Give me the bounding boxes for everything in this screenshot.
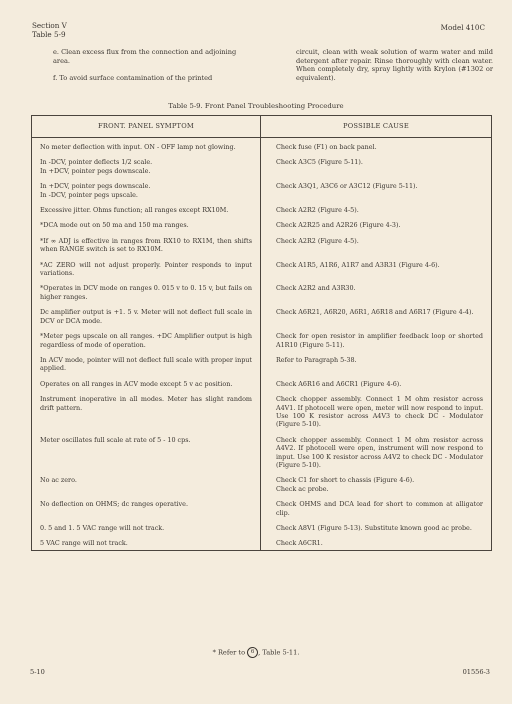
column-header-symptom: FRONT. PANEL SYMPTOM bbox=[32, 116, 261, 138]
symptom-cell: No deflection on OHMS; dc ranges operati… bbox=[32, 495, 261, 519]
cause-cell-text: Check A6R16 and A6CR1 (Figure 4-6). bbox=[276, 380, 483, 388]
table-title: Table 5-9. Front Panel Troubleshooting P… bbox=[0, 102, 512, 110]
table-row: No deflection on OHMS; dc ranges operati… bbox=[32, 495, 492, 519]
model-label: Model 410C bbox=[441, 23, 485, 32]
cause-cell: Check A2R2 (Figure 4-5). bbox=[261, 232, 492, 256]
table-row: In +DCV, pointer pegs downscale.In -DCV,… bbox=[32, 177, 492, 201]
symptom-cell: Instrument inoperative in all modes. Met… bbox=[32, 390, 261, 431]
cause-cell-text: Refer to Paragraph 5-38. bbox=[276, 356, 483, 364]
symptom-cell-text: No meter deflection with input. ON - OFF… bbox=[40, 143, 252, 151]
table-row: 5 VAC range will not track.Check A6CR1. bbox=[32, 534, 492, 550]
symptom-cell-text: 5 VAC range will not track. bbox=[40, 539, 252, 547]
symptom-cell: In ACV mode, pointer will not deflect fu… bbox=[32, 351, 261, 375]
table-row: 0. 5 and 1. 5 VAC range will not track.C… bbox=[32, 519, 492, 534]
symptom-cell-text: In -DCV, pointer deflects 1/2 scale. bbox=[40, 158, 252, 166]
cause-cell: Check A3Q1, A3C6 or A3C12 (Figure 5-11). bbox=[261, 177, 492, 201]
symptom-cell-text: 0. 5 and 1. 5 VAC range will not track. bbox=[40, 524, 252, 532]
cause-cell: Check chopper assembly. Connect 1 M ohm … bbox=[261, 431, 492, 472]
symptom-cell: No meter deflection with input. ON - OFF… bbox=[32, 138, 261, 154]
symptom-cell-text: Operates on all ranges in ACV mode excep… bbox=[40, 380, 252, 388]
footnote-prefix: * Refer to bbox=[213, 649, 245, 657]
column-header-cause: POSSIBLE CAUSE bbox=[261, 116, 492, 138]
table-row: *DCA mode out on 50 ma and 150 ma ranges… bbox=[32, 216, 492, 231]
cause-cell: Check A8V1 (Figure 5-13). Substitute kno… bbox=[261, 519, 492, 534]
intro-left-column: e. Clean excess flux from the connection… bbox=[53, 48, 253, 92]
cause-cell-text: Check A6CR1. bbox=[276, 539, 483, 547]
cause-cell-text: Check A1R5, A1R6, A1R7 and A3R31 (Figure… bbox=[276, 261, 483, 269]
cause-cell: Check A1R5, A1R6, A1R7 and A3R31 (Figure… bbox=[261, 256, 492, 280]
cause-cell-text: Check fuse (F1) on back panel. bbox=[276, 143, 483, 151]
cause-cell-text: Check OHMS and DCA lead for short to com… bbox=[276, 500, 483, 517]
symptom-cell-text: No ac zero. bbox=[40, 476, 252, 484]
symptom-cell: Excessive jitter. Ohms function; all ran… bbox=[32, 201, 261, 216]
cause-cell: Check fuse (F1) on back panel. bbox=[261, 138, 492, 154]
cause-cell: Check OHMS and DCA lead for short to com… bbox=[261, 495, 492, 519]
symptom-cell-text: Meter oscillates full scale at rate of 5… bbox=[40, 436, 252, 444]
cause-cell-text: Check chopper assembly. Connect 1 M ohm … bbox=[276, 436, 483, 470]
intro-right-column: circuit, clean with weak solution of war… bbox=[296, 48, 493, 91]
cause-cell: Check A2R25 and A2R26 (Figure 4-3). bbox=[261, 216, 492, 231]
table-row: *AC ZERO will not adjust properly. Point… bbox=[32, 256, 492, 280]
table-row: Operates on all ranges in ACV mode excep… bbox=[32, 375, 492, 390]
cause-cell-text: Check A2R2 and A3R30. bbox=[276, 284, 483, 292]
cause-cell-text: Check A3Q1, A3C6 or A3C12 (Figure 5-11). bbox=[276, 182, 483, 190]
table-body: No meter deflection with input. ON - OFF… bbox=[32, 138, 492, 551]
symptom-cell: 5 VAC range will not track. bbox=[32, 534, 261, 550]
symptom-cell-text: *Meter pegs upscale on all ranges. +DC A… bbox=[40, 332, 252, 349]
cause-cell: Check A6CR1. bbox=[261, 534, 492, 550]
symptom-cell-text: In +DCV, pointer pegs downscale. bbox=[40, 182, 252, 190]
cause-cell-text: Check A2R2 (Figure 4-5). bbox=[276, 237, 483, 245]
table-header-row: FRONT. PANEL SYMPTOM POSSIBLE CAUSE bbox=[32, 116, 492, 138]
symptom-cell: Operates on all ranges in ACV mode excep… bbox=[32, 375, 261, 390]
cause-cell-text: Check A3C5 (Figure 5-11). bbox=[276, 158, 483, 166]
symptom-cell: No ac zero. bbox=[32, 471, 261, 495]
table-row: *If ∞ ADJ is effective in ranges from RX… bbox=[32, 232, 492, 256]
cause-cell: Check A6R16 and A6CR1 (Figure 4-6). bbox=[261, 375, 492, 390]
intro-continuation: circuit, clean with weak solution of war… bbox=[296, 48, 493, 82]
document-number: 01556-3 bbox=[463, 668, 490, 676]
cause-cell-text: Check C1 for short to chassis (Figure 4-… bbox=[276, 476, 483, 484]
table-row: Meter oscillates full scale at rate of 5… bbox=[32, 431, 492, 472]
symptom-cell: 0. 5 and 1. 5 VAC range will not track. bbox=[32, 519, 261, 534]
cause-cell: Check A2R2 (Figure 4-5). bbox=[261, 201, 492, 216]
table-row: *Operates in DCV mode on ranges 0. 015 v… bbox=[32, 279, 492, 303]
symptom-cell: *DCA mode out on 50 ma and 150 ma ranges… bbox=[32, 216, 261, 231]
symptom-cell-text: No deflection on OHMS; dc ranges operati… bbox=[40, 500, 252, 508]
intro-step-f: f. To avoid surface contamination of the… bbox=[53, 74, 253, 83]
circled-number-icon: 6 bbox=[247, 647, 258, 658]
symptom-cell-text: *AC ZERO will not adjust properly. Point… bbox=[40, 261, 252, 278]
table-row: In -DCV, pointer deflects 1/2 scale.In +… bbox=[32, 153, 492, 177]
symptom-cell: In +DCV, pointer pegs downscale.In -DCV,… bbox=[32, 177, 261, 201]
cause-cell-text: Check A2R25 and A2R26 (Figure 4-3). bbox=[276, 221, 483, 229]
symptom-cell-text: Dc amplifier output is +1. 5 v. Meter wi… bbox=[40, 308, 252, 325]
cause-cell-text: Check chopper assembly. Connect 1 M ohm … bbox=[276, 395, 483, 429]
symptom-cell-text: *DCA mode out on 50 ma and 150 ma ranges… bbox=[40, 221, 252, 229]
footnote: * Refer to 6, Table 5-11. bbox=[0, 647, 512, 658]
table-reference: Table 5-9 bbox=[32, 30, 67, 39]
cause-cell: Check for open resistor in amplifier fee… bbox=[261, 327, 492, 351]
section-label: Section V bbox=[32, 21, 67, 30]
symptom-cell: *Meter pegs upscale on all ranges. +DC A… bbox=[32, 327, 261, 351]
symptom-cell: Dc amplifier output is +1. 5 v. Meter wi… bbox=[32, 303, 261, 327]
cause-cell-text: Check for open resistor in amplifier fee… bbox=[276, 332, 483, 349]
symptom-cell: *If ∞ ADJ is effective in ranges from RX… bbox=[32, 232, 261, 256]
symptom-cell-text: *Operates in DCV mode on ranges 0. 015 v… bbox=[40, 284, 252, 301]
cause-cell: Check A6R21, A6R20, A6R1, A6R18 and A6R1… bbox=[261, 303, 492, 327]
cause-cell: Refer to Paragraph 5-38. bbox=[261, 351, 492, 375]
symptom-cell: Meter oscillates full scale at rate of 5… bbox=[32, 431, 261, 472]
table-row: Dc amplifier output is +1. 5 v. Meter wi… bbox=[32, 303, 492, 327]
cause-cell: Check A3C5 (Figure 5-11). bbox=[261, 153, 492, 177]
symptom-cell-text: In +DCV, pointer pegs downscale. bbox=[40, 167, 252, 175]
page-number: 5-10 bbox=[30, 668, 45, 676]
manual-page: Section V Table 5-9 Model 410C e. Clean … bbox=[0, 0, 512, 704]
cause-cell: Check chopper assembly. Connect 1 M ohm … bbox=[261, 390, 492, 431]
symptom-cell-text: Instrument inoperative in all modes. Met… bbox=[40, 395, 252, 412]
symptom-cell-text: *If ∞ ADJ is effective in ranges from RX… bbox=[40, 237, 252, 254]
symptom-cell-text: In ACV mode, pointer will not deflect fu… bbox=[40, 356, 252, 373]
cause-cell-text: Check A8V1 (Figure 5-13). Substitute kno… bbox=[276, 524, 483, 532]
cause-cell: Check C1 for short to chassis (Figure 4-… bbox=[261, 471, 492, 495]
symptom-cell: *Operates in DCV mode on ranges 0. 015 v… bbox=[32, 279, 261, 303]
troubleshooting-table: FRONT. PANEL SYMPTOM POSSIBLE CAUSE No m… bbox=[31, 115, 492, 551]
cause-cell: Check A2R2 and A3R30. bbox=[261, 279, 492, 303]
cause-cell-text: Check A2R2 (Figure 4-5). bbox=[276, 206, 483, 214]
symptom-cell-text: In -DCV, pointer pegs upscale. bbox=[40, 191, 252, 199]
table-row: *Meter pegs upscale on all ranges. +DC A… bbox=[32, 327, 492, 351]
cause-cell-text: Check ac probe. bbox=[276, 485, 483, 493]
table-row: No ac zero.Check C1 for short to chassis… bbox=[32, 471, 492, 495]
table-row: In ACV mode, pointer will not deflect fu… bbox=[32, 351, 492, 375]
section-header: Section V Table 5-9 bbox=[32, 21, 67, 39]
footnote-suffix: , Table 5-11. bbox=[258, 649, 299, 657]
table-row: Excessive jitter. Ohms function; all ran… bbox=[32, 201, 492, 216]
symptom-cell: In -DCV, pointer deflects 1/2 scale.In +… bbox=[32, 153, 261, 177]
symptom-cell: *AC ZERO will not adjust properly. Point… bbox=[32, 256, 261, 280]
table-row: Instrument inoperative in all modes. Met… bbox=[32, 390, 492, 431]
table-row: No meter deflection with input. ON - OFF… bbox=[32, 138, 492, 154]
intro-step-e: e. Clean excess flux from the connection… bbox=[53, 48, 253, 65]
symptom-cell-text: Excessive jitter. Ohms function; all ran… bbox=[40, 206, 252, 214]
cause-cell-text: Check A6R21, A6R20, A6R1, A6R18 and A6R1… bbox=[276, 308, 483, 316]
